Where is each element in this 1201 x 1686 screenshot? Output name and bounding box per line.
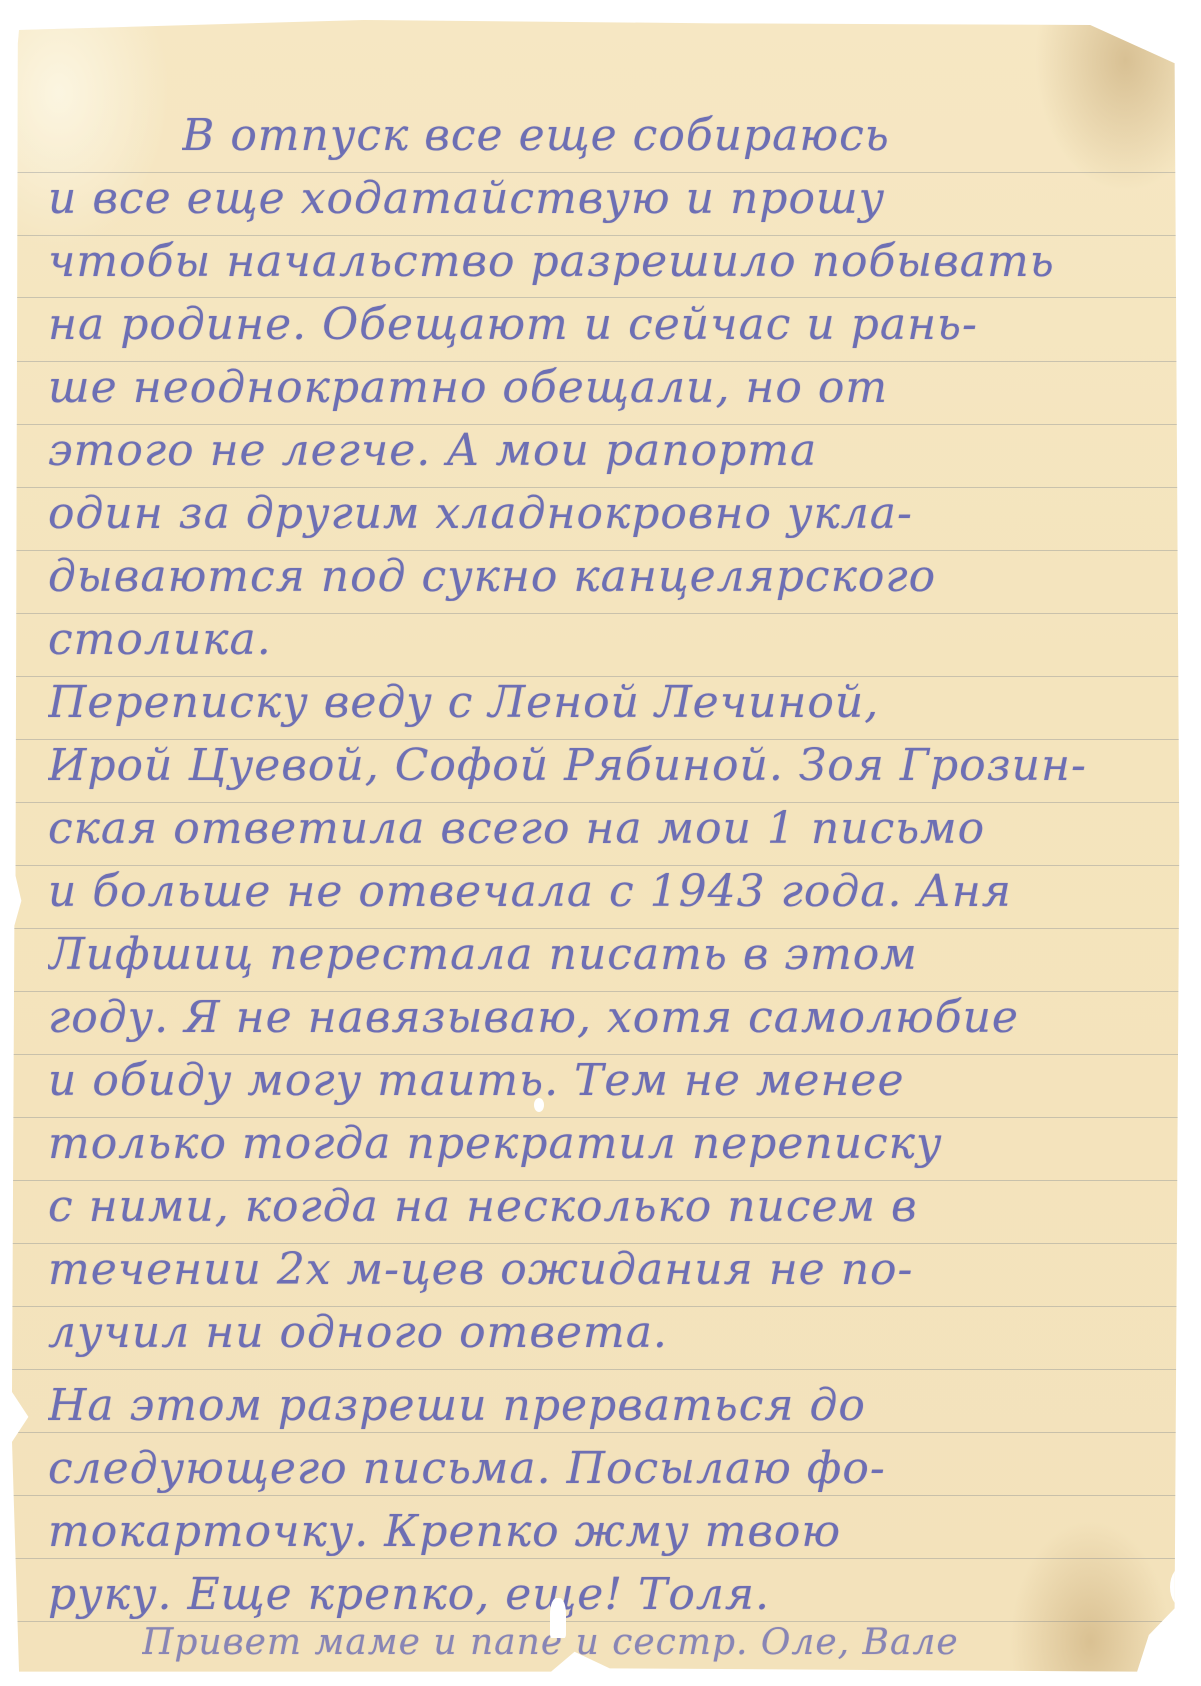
letter-line: году. Я не навязываю, хотя самолюбие: [48, 992, 1144, 1043]
letter-line: течении 2х м-цев ожидания не по-: [48, 1244, 1144, 1295]
letter-line: токарточку. Крепко жму твою: [48, 1506, 1144, 1557]
ruled-line: [12, 297, 1184, 298]
letter-line: дываются под сукно канцелярского: [48, 551, 1144, 602]
letter-page: В отпуск все еще собираюсь и все еще ход…: [12, 10, 1184, 1675]
ruled-line: [12, 1495, 1184, 1496]
letter-line: один за другим хладнокровно укла-: [48, 488, 1144, 539]
letter-postscript: Привет маме и папе и сестр. Оле, Вале: [142, 1622, 1144, 1663]
letter-line: Лифшиц перестала писать в этом: [48, 929, 1144, 980]
letter-line: только тогда прекратил переписку: [48, 1118, 1144, 1169]
letter-line: лучил ни одного ответа.: [48, 1307, 1144, 1358]
ruled-line: [12, 1369, 1184, 1370]
letter-line: и больше не отвечала с 1943 года. Аня: [48, 866, 1144, 917]
letter-line: и все еще ходатайствую и прошу: [48, 173, 1144, 224]
letter-line: и обиду могу таить. Тем не менее: [48, 1055, 1144, 1106]
letter-line: В отпуск все еще собираюсь: [182, 110, 1144, 161]
letter-line: ская ответила всего на мои 1 письмо: [48, 803, 1144, 854]
ruled-line: [12, 1558, 1184, 1559]
paper-tear: [550, 1598, 566, 1638]
paper-hole: [534, 1098, 544, 1112]
letter-line: Ирой Цуевой, Софой Рябиной. Зоя Грозин-: [48, 740, 1144, 791]
letter-line: чтобы начальство разрешило побывать: [48, 236, 1144, 287]
letter-line: этого не легче. А мои рапорта: [48, 425, 1144, 476]
letter-line: с ними, когда на несколько писем в: [48, 1181, 1144, 1232]
paper-hole: [1170, 1565, 1200, 1609]
letter-line: На этом разреши прерваться до: [48, 1380, 1144, 1431]
letter-line: столика.: [48, 614, 1144, 665]
letter-line: следующего письма. Посылаю фо-: [48, 1443, 1144, 1494]
ruled-line: [12, 1432, 1184, 1433]
letter-line: на родине. Обещают и сейчас и рань-: [48, 299, 1144, 350]
letter-line: ше неоднократно обещали, но от: [48, 362, 1144, 413]
letter-line: руку. Еще крепко, еще! Толя.: [48, 1569, 1144, 1620]
letter-line: Переписку веду с Леной Лечиной,: [48, 677, 1144, 728]
